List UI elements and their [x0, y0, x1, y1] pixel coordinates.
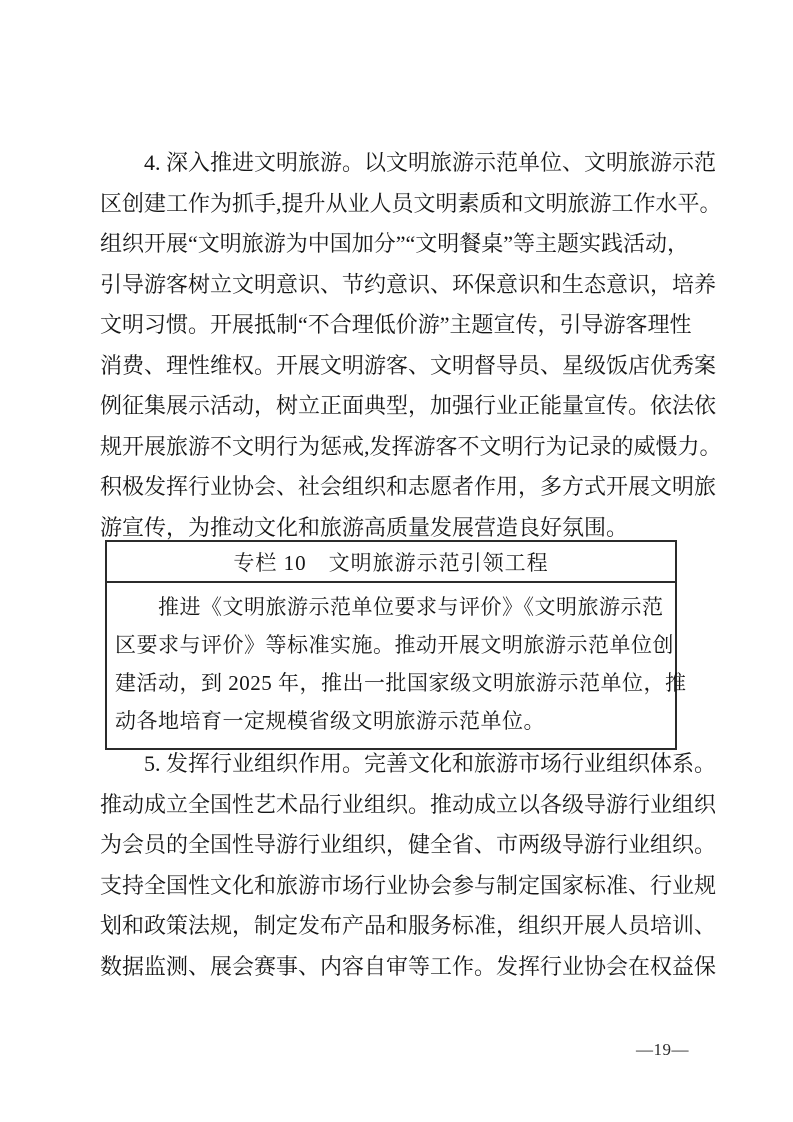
text-line: 文明习惯。开展抵制“不合理低价游”主题宣传，引导游客理性: [100, 305, 700, 346]
text-line: 消费、理性维权。开展文明游客、文明督导员、星级饭店优秀案: [100, 346, 700, 387]
paragraph-industry-organizations: 5. 发挥行业组织作用。完善文化和旅游市场行业组织体系。 推动成立全国性艺术品行…: [100, 744, 700, 987]
text-line: 数据监测、展会赛事、内容自审等工作。发挥行业协会在权益保: [100, 947, 700, 988]
text-line: 4. 深入推进文明旅游。以文明旅游示范单位、文明旅游示范: [100, 143, 700, 184]
text-line: 支持全国性文化和旅游市场行业协会参与制定国家标准、行业规: [100, 866, 700, 907]
text-line: 组织开展“文明旅游为中国加分”“文明餐桌”等主题实践活动，: [100, 224, 700, 265]
special-column-body: 推进《文明旅游示范单位要求与评价》《文明旅游示范 区要求与评价》等标准实施。推动…: [107, 583, 675, 748]
text-line: 积极发挥行业协会、社会组织和志愿者作用，多方式开展文明旅: [100, 467, 700, 508]
paragraph-civilized-tourism: 4. 深入推进文明旅游。以文明旅游示范单位、文明旅游示范 区创建工作为抓手,提升…: [100, 143, 700, 548]
text-line: 5. 发挥行业组织作用。完善文化和旅游市场行业组织体系。: [100, 744, 700, 785]
text-line: 推进《文明旅游示范单位要求与评价》《文明旅游示范: [115, 588, 670, 626]
text-line: 划和政策法规，制定发布产品和服务标准，组织开展人员培训、: [100, 906, 700, 947]
text-line: 建活动，到 2025 年，推出一批国家级文明旅游示范单位，推: [115, 664, 670, 702]
document-page: 4. 深入推进文明旅游。以文明旅游示范单位、文明旅游示范 区创建工作为抓手,提升…: [0, 0, 793, 1122]
text-line: 为会员的全国性导游行业组织，健全省、市两级导游行业组织。: [100, 825, 700, 866]
text-line: 区要求与评价》等标准实施。推动开展文明旅游示范单位创: [115, 626, 670, 664]
page-number: —19—: [636, 1039, 689, 1061]
text-line: 推动成立全国性艺术品行业组织。推动成立以各级导游行业组织: [100, 785, 700, 826]
text-line: 规开展旅游不文明行为惩戒,发挥游客不文明行为记录的威慑力。: [100, 427, 700, 468]
text-line: 区创建工作为抓手,提升从业人员文明素质和文明旅游工作水平。: [100, 184, 700, 225]
special-column-title: 专栏 10 文明旅游示范引领工程: [107, 542, 675, 583]
special-column-10-panel: 专栏 10 文明旅游示范引领工程 推进《文明旅游示范单位要求与评价》《文明旅游示…: [105, 540, 677, 750]
text-line: 引导游客树立文明意识、节约意识、环保意识和生态意识，培养: [100, 265, 700, 306]
text-line: 例征集展示活动，树立正面典型，加强行业正能量宣传。依法依: [100, 386, 700, 427]
text-line: 动各地培育一定规模省级文明旅游示范单位。: [115, 702, 670, 740]
